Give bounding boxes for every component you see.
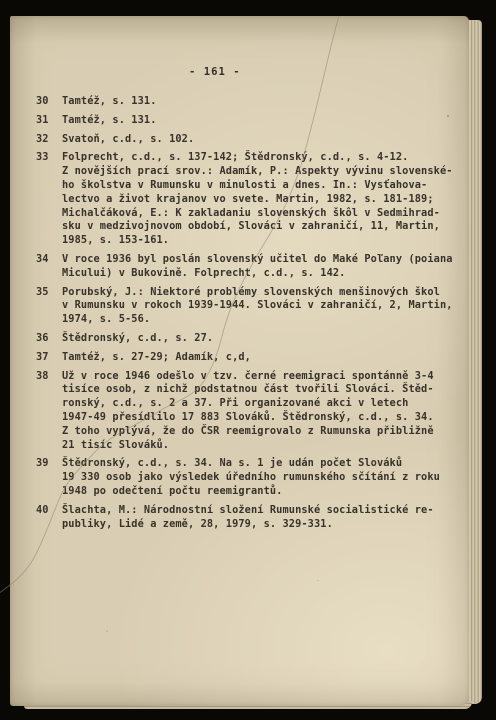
footnote-item: 35 Porubský, J.: Niektoré problémy slove… [36, 286, 460, 327]
footnote-item: 37 Tamtéž, s. 27-29; Adamík, c,d, [36, 351, 460, 365]
footnote-number: 36 [36, 332, 62, 346]
dust-speck [317, 580, 319, 581]
footnote-item: 34 V roce 1936 byl poslán slovenský učit… [36, 253, 460, 281]
footnote-item: 30 Tamtéž, s. 131. [36, 95, 460, 109]
footnote-text: Tamtéž, s. 131. [62, 114, 460, 128]
footnote-text: Štědronský, c.d., s. 34. Na s. 1 je udán… [62, 457, 460, 498]
footnote-text: Tamtéž, s. 131. [62, 95, 460, 109]
footnote-text: Porubský, J.: Niektoré problémy slovensk… [62, 286, 460, 327]
footnote-number: 35 [36, 286, 62, 327]
footnote-number: 40 [36, 504, 62, 532]
scanned-document-page: - 161 - 30 Tamtéž, s. 131. 31 Tamtéž, s.… [0, 0, 496, 720]
page-number: - 161 - [189, 66, 241, 78]
footnote-number: 30 [36, 95, 62, 109]
footnote-item: 40 Šlachta, M.: Národnostní složení Rumu… [36, 504, 460, 532]
footnote-text: V roce 1936 byl poslán slovenský učitel … [62, 253, 460, 281]
footnote-item: 39 Štědronský, c.d., s. 34. Na s. 1 je u… [36, 457, 460, 498]
dust-speck [106, 630, 108, 632]
footnote-item: 33 Folprecht, c.d., s. 137-142; Štědrons… [36, 151, 460, 248]
footnote-item: 32 Svatoň, c.d., s. 102. [36, 133, 460, 147]
footnote-text: Šlachta, M.: Národnostní složení Rumunsk… [62, 504, 460, 532]
footnote-item: 31 Tamtéž, s. 131. [36, 114, 460, 128]
footnote-number: 39 [36, 457, 62, 498]
footnote-number: 32 [36, 133, 62, 147]
footnote-text: Folprecht, c.d., s. 137-142; Štědronský,… [62, 151, 460, 248]
dust-speck [447, 115, 449, 117]
footnote-text: Tamtéž, s. 27-29; Adamík, c,d, [62, 351, 460, 365]
footnote-number: 31 [36, 114, 62, 128]
footnote-number: 33 [36, 151, 62, 248]
footnote-number: 34 [36, 253, 62, 281]
footnote-item: 36 Štědronský, c.d., s. 27. [36, 332, 460, 346]
footnote-text: Štědronský, c.d., s. 27. [62, 332, 460, 346]
footnote-list: 30 Tamtéž, s. 131. 31 Tamtéž, s. 131. 32… [36, 95, 460, 536]
footnote-text: Už v roce 1946 odešlo v tzv. černé reemi… [62, 370, 460, 453]
footnote-item: 38 Už v roce 1946 odešlo v tzv. černé re… [36, 370, 460, 453]
footnote-number: 38 [36, 370, 62, 453]
footnote-number: 37 [36, 351, 62, 365]
footnote-text: Svatoň, c.d., s. 102. [62, 133, 460, 147]
